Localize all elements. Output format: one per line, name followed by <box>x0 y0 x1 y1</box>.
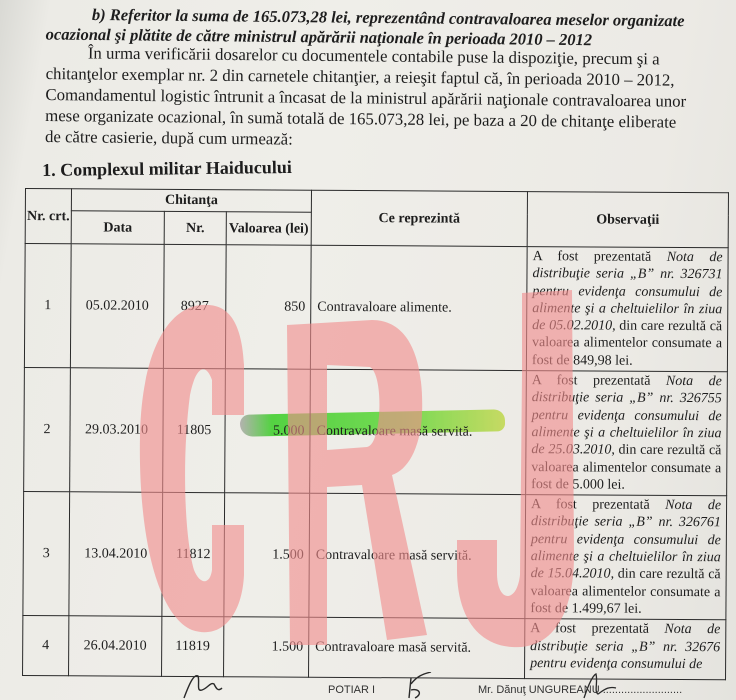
obs-text: A fost prezentată <box>533 249 667 265</box>
header-observatii: Observaţii <box>527 192 728 248</box>
table-row: 1 05.02.2010 8927 850 Contravaloare alim… <box>24 244 728 372</box>
cell-nr: 11819 <box>162 617 224 677</box>
cell-nr-crt: 3 <box>23 492 70 616</box>
receipts-table: Nr. crt. Chitanţa Ce reprezintă Observaţ… <box>22 188 729 681</box>
header-nr-crt: Nr. crt. <box>25 189 71 244</box>
table-row: 3 13.04.2010 11812 1.500 Contravaloare m… <box>23 492 727 620</box>
cell-data: 05.02.2010 <box>70 244 164 369</box>
cell-data: 26.04.2010 <box>69 616 162 677</box>
header-nr: Nr. <box>164 211 226 244</box>
cell-nr: 11805 <box>163 368 226 492</box>
cell-data: 13.04.2010 <box>69 492 163 617</box>
obs-text: A fost prezentată <box>532 373 666 389</box>
cell-ce-reprezinta: Contravaloare masă servită. <box>309 617 525 678</box>
cell-valoarea: 1.500 <box>224 617 309 678</box>
header-ce-reprezinta: Ce reprezintă <box>311 190 527 246</box>
cell-ce-reprezinta: Contravaloare masă servită. <box>310 369 527 494</box>
cell-data: 29.03.2010 <box>70 368 164 493</box>
cell-nr-crt: 4 <box>23 616 69 676</box>
table-row: 4 26.04.2010 11819 1.500 Contravaloare m… <box>23 616 726 680</box>
cell-observatii: A fost prezentată Nota de distribuţie se… <box>526 247 728 372</box>
cell-ce-reprezinta: Contravaloare alimente. <box>310 245 527 370</box>
signature-scribble-icon <box>405 672 435 700</box>
section-title: 1. Complexul militar Haiducului <box>42 157 292 181</box>
cell-nr-crt: 2 <box>24 368 71 492</box>
signature-scribble-icon <box>182 672 242 700</box>
cell-observatii: A fost prezentată Nota de distribuţie se… <box>526 371 728 496</box>
obs-text: A fost prezentată <box>531 497 665 513</box>
header-data: Data <box>71 211 164 245</box>
obs-text: A fost prezentată <box>530 621 664 637</box>
cell-ce-reprezinta: Contravaloare masă servită. <box>309 493 526 618</box>
intro-paragraph: În urma verificării dosarelor cu documen… <box>45 42 736 154</box>
cell-valoarea: 5.000 <box>225 369 311 494</box>
scanned-page: b) Referitor la suma de 165.073,28 lei, … <box>0 0 736 700</box>
signature-area: POTIAR I Mr. Dănuţ UNGUREANU ...........… <box>0 672 736 700</box>
signature-name-partial: POTIAR I <box>328 684 375 696</box>
cell-nr: 8927 <box>163 244 226 368</box>
cell-nr: 11812 <box>162 493 225 617</box>
header-chitanta: Chitanţa <box>71 189 311 212</box>
cell-valoarea: 850 <box>225 245 311 370</box>
cell-nr-crt: 1 <box>24 244 71 368</box>
signature-scribble-icon <box>580 672 620 700</box>
header-valoarea: Valoarea (lei) <box>226 212 311 246</box>
cell-observatii: A fost prezentată Nota de distribuţie se… <box>525 619 726 680</box>
section-heading: b) Referitor la suma de 165.073,28 lei, … <box>0 4 736 12</box>
table-row: 2 29.03.2010 11805 5.000 Contravaloare m… <box>24 368 728 496</box>
cell-observatii: A fost prezentată Nota de distribuţie se… <box>525 495 727 620</box>
cell-valoarea: 1.500 <box>224 493 310 618</box>
